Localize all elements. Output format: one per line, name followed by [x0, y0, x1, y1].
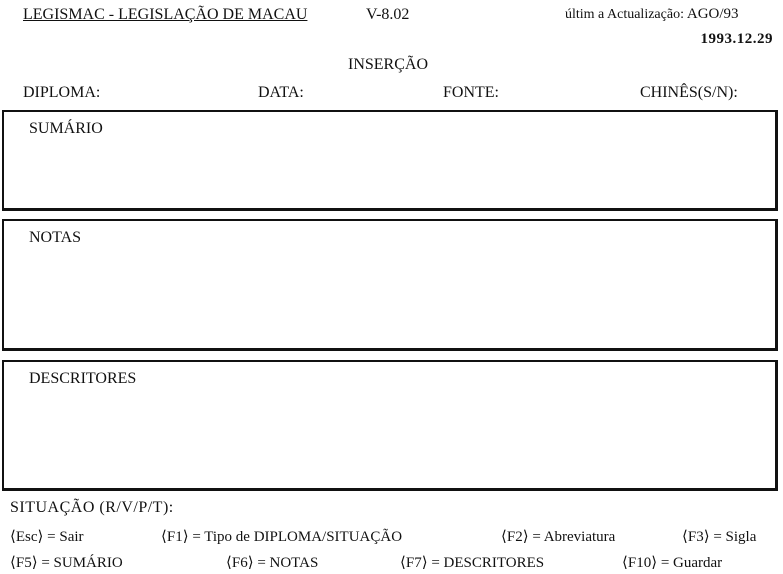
- mode-title: INSERÇÃO: [348, 56, 428, 74]
- last-update: últim a Actualização: AGO/93: [565, 6, 739, 23]
- sumario-box[interactable]: SUMÁRIO: [2, 110, 778, 211]
- shortcut-f10[interactable]: F10 = Guardar: [622, 553, 722, 572]
- key-f7: F7: [400, 555, 428, 571]
- key-f5: F5: [10, 555, 38, 571]
- shortcut-action: = Tipo de DIPLOMA/SITUAÇÃO: [192, 529, 402, 545]
- situacao-field[interactable]: SITUAÇÃO (R/V/P/T):: [10, 499, 174, 517]
- date-stamp: 1993.12.29: [701, 31, 774, 48]
- key-f6: F6: [226, 555, 254, 571]
- shortcut-esc[interactable]: Esc = Sair: [10, 527, 84, 546]
- key-f2: F2: [501, 529, 529, 545]
- data-field[interactable]: DATA:: [258, 84, 304, 102]
- fonte-field[interactable]: FONTE:: [443, 84, 499, 102]
- descritores-box[interactable]: DESCRITORES: [2, 360, 778, 491]
- notas-box[interactable]: NOTAS: [2, 219, 778, 351]
- key-f1: F1: [161, 529, 189, 545]
- shortcut-f5[interactable]: F5 = SUMÁRIO: [10, 553, 123, 572]
- version-label: V-8.02: [366, 6, 409, 24]
- key-esc: Esc: [10, 529, 43, 545]
- key-f3: F3: [682, 529, 710, 545]
- shortcut-action: = Abreviatura: [532, 529, 615, 545]
- shortcut-f1[interactable]: F1 = Tipo de DIPLOMA/SITUAÇÃO: [161, 527, 402, 546]
- sumario-label: SUMÁRIO: [29, 120, 103, 138]
- shortcut-action: = NOTAS: [257, 555, 318, 571]
- shortcut-action: = Sair: [47, 529, 83, 545]
- last-update-label: últim a Actualização:: [565, 7, 684, 22]
- descritores-label: DESCRITORES: [29, 370, 136, 388]
- last-update-value: AGO/93: [687, 6, 739, 22]
- shortcut-action: = Guardar: [661, 555, 722, 571]
- shortcut-f2[interactable]: F2 = Abreviatura: [501, 527, 615, 546]
- key-f10: F10: [622, 555, 657, 571]
- diploma-field[interactable]: DIPLOMA:: [23, 84, 100, 102]
- app-title: LEGISMAC - LEGISLAÇÃO DE MACAU: [23, 6, 307, 24]
- shortcut-action: = SUMÁRIO: [41, 555, 122, 571]
- chines-field[interactable]: CHINÊS(S/N):: [640, 84, 738, 102]
- shortcut-action: = DESCRITORES: [431, 555, 544, 571]
- notas-label: NOTAS: [29, 229, 81, 247]
- shortcut-f3[interactable]: F3 = Sigla: [682, 527, 756, 546]
- shortcut-action: = Sigla: [713, 529, 756, 545]
- shortcut-f7[interactable]: F7 = DESCRITORES: [400, 553, 544, 572]
- shortcut-f6[interactable]: F6 = NOTAS: [226, 553, 318, 572]
